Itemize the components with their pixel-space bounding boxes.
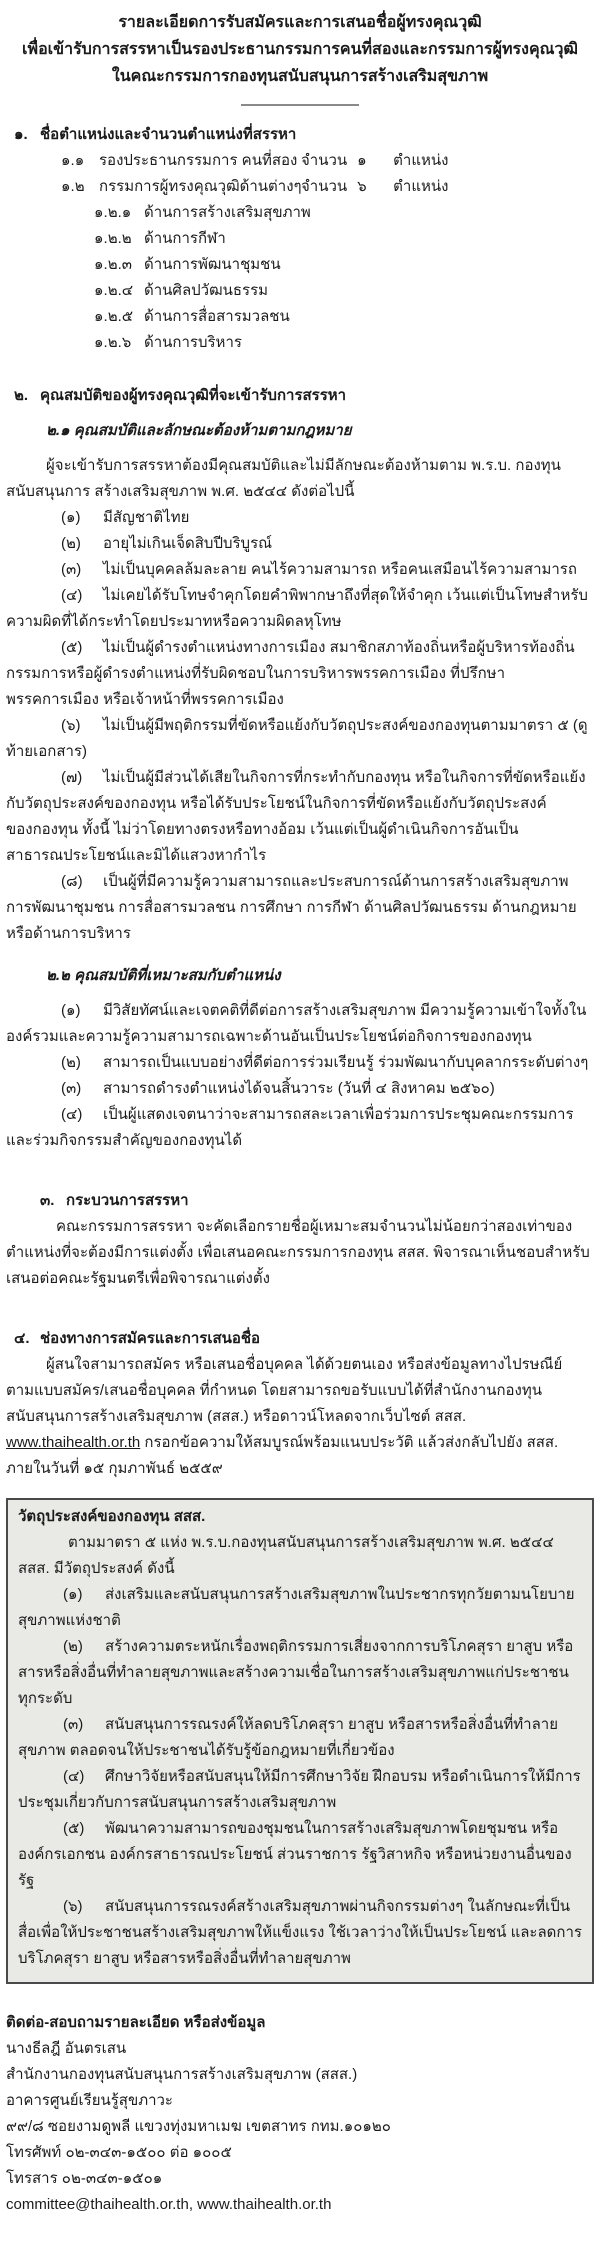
item-number: (๑) (63, 1582, 105, 1608)
section-1-heading: ๑. ชื่อตำแหน่งและจำนวนตำแหน่งที่สรรหา (6, 122, 594, 148)
field-row: ๑.๒.๔ด้านศิลปวัฒนธรรม (6, 278, 594, 304)
list-item: (๒)สามารถเป็นแบบอย่างที่ดีต่อการร่วมเรีย… (6, 1050, 594, 1076)
section-3-heading: ๓. กระบวนการสรรหา (6, 1188, 594, 1214)
title-line-2: เพื่อเข้ารับการสรรหาเป็นรองประธานกรรมการ… (6, 36, 594, 63)
item-number: (๗) (61, 765, 103, 791)
position-row: ๑.๒กรรมการผู้ทรงคุณวุฒิด้านต่างๆ จำนวน๖ต… (6, 174, 594, 200)
section-title: ชื่อตำแหน่งและจำนวนตำแหน่งที่สรรหา (40, 122, 296, 148)
item-text: อายุไม่เกินเจ็ดสิบปีบริบูรณ์ (103, 535, 272, 552)
section-3-body: คณะกรรมการสรรหา จะคัดเลือกรายชื่อผู้เหมา… (6, 1214, 594, 1292)
contact-address: ๙๙/๘ ซอยงามดูพลี แขวงทุ่งมหาเมฆ เขตสาทร … (6, 2114, 594, 2140)
objectives-intro: ตามมาตรา ๕ แห่ง พ.ร.บ.กองทุนสนับสนุนการส… (18, 1530, 582, 1582)
contact-person: นางธีลฎี อันตรเสน (6, 2036, 594, 2062)
field-row: ๑.๒.๑ด้านการสร้างเสริมสุขภาพ (6, 200, 594, 226)
website-link[interactable]: www.thaihealth.or.th (6, 1434, 140, 1451)
position-quantity: จำนวน๑ตำแหน่ง (301, 148, 448, 174)
item-number: (๒) (61, 531, 103, 557)
field-name: ด้านการกีฬา (144, 230, 226, 247)
list-item: (๘)เป็นผู้ที่มีความรู้ความสามารถและประสบ… (6, 869, 594, 947)
item-number: (๔) (61, 583, 103, 609)
item-text: มีสัญชาติไทย (103, 509, 189, 526)
fund-objectives-box: วัตถุประสงค์ของกองทุน สสส. ตามมาตรา ๕ แห… (6, 1498, 594, 1984)
item-number: ๑.๒.๖ (94, 330, 144, 356)
title-line-1: รายละเอียดการรับสมัครและการเสนอชื่อผู้ทร… (6, 9, 594, 36)
position-name: กรรมการผู้ทรงคุณวุฒิด้านต่างๆ (99, 178, 302, 195)
position-row: ๑.๑รองประธานกรรมการ คนที่สอง จำนวน๑ตำแหน… (6, 148, 594, 174)
section-number: ๒. (6, 383, 40, 409)
contact-website: www.thaihealth.or.th (197, 2196, 331, 2213)
document-title: รายละเอียดการรับสมัครและการเสนอชื่อผู้ทร… (6, 9, 594, 90)
contact-heading: ติดต่อ-สอบถามรายละเอียด หรือส่งข้อมูล (6, 2010, 594, 2036)
item-number: ๑.๒ (61, 174, 99, 200)
item-number: (๕) (63, 1816, 105, 1842)
item-number: ๑.๒.๑ (94, 200, 144, 226)
item-text: สามารถดำรงตำแหน่งได้จนสิ้นวาระ (วันที่ ๔… (103, 1080, 495, 1097)
subsection-2-2-heading: ๒.๒ คุณสมบัติที่เหมาะสมกับตำแหน่ง (6, 963, 594, 989)
list-item: (๑)มีสัญชาติไทย (6, 505, 594, 531)
section-number: ๓. (6, 1188, 66, 1214)
item-text: สามารถเป็นแบบอย่างที่ดีต่อการร่วมเรียนรู… (103, 1054, 588, 1071)
list-item: (๔)เป็นผู้แสดงเจตนาว่าจะสามารถสละเวลาเพื… (6, 1102, 594, 1154)
item-number: ๑.๑ (61, 148, 99, 174)
contact-fax: โทรสาร ๐๒-๓๔๓-๑๕๐๑ (6, 2166, 594, 2192)
field-name: ด้านการสร้างเสริมสุขภาพ (144, 204, 311, 221)
item-number: (๑) (61, 998, 103, 1024)
item-number: (๖) (63, 1894, 105, 1920)
field-name: ด้านการสื่อสารมวลชน (144, 308, 290, 325)
item-number: (๑) (61, 505, 103, 531)
subsection-2-1-intro: ผู้จะเข้ารับการสรรหาต้องมีคุณสมบัติและไม… (6, 453, 594, 505)
section-number: ๑. (6, 122, 40, 148)
contact-building: อาคารศูนย์เรียนรู้สุขภาวะ (6, 2088, 594, 2114)
position-quantity: จำนวน๖ตำแหน่ง (301, 174, 448, 200)
item-text: ไม่เป็นบุคคลล้มละลาย คนไร้ความสามารถ หรื… (103, 561, 577, 578)
item-number: ๑.๒.๓ (94, 252, 144, 278)
list-item: (๓)ไม่เป็นบุคคลล้มละลาย คนไร้ความสามารถ … (6, 557, 594, 583)
contact-section: ติดต่อ-สอบถามรายละเอียด หรือส่งข้อมูล นา… (6, 2010, 594, 2218)
document-page: รายละเอียดการรับสมัครและการเสนอชื่อผู้ทร… (0, 0, 600, 2242)
item-number: ๑.๒.๕ (94, 304, 144, 330)
item-number: ๑.๒.๒ (94, 226, 144, 252)
list-item: (๔)ไม่เคยได้รับโทษจำคุกโดยคำพิพากษาถึงที… (6, 583, 594, 635)
item-number: (๖) (61, 713, 103, 739)
objectives-box-heading: วัตถุประสงค์ของกองทุน สสส. (18, 1504, 582, 1530)
contact-email: committee@thaihealth.or.th (6, 2196, 189, 2213)
section-title: คุณสมบัติของผู้ทรงคุณวุฒิที่จะเข้ารับการ… (40, 383, 346, 409)
subsection-2-1-heading: ๒.๑ คุณสมบัติและลักษณะต้องห้ามตามกฎหมาย (6, 418, 594, 444)
list-item: (๒)อายุไม่เกินเจ็ดสิบปีบริบูรณ์ (6, 531, 594, 557)
list-item: (๑)ส่งเสริมและสนับสนุนการสร้างเสริมสุขภา… (18, 1582, 582, 1634)
section-title: ช่องทางการสมัครและการเสนอชื่อ (40, 1326, 260, 1352)
item-number: (๘) (61, 869, 103, 895)
item-number: (๔) (61, 1102, 103, 1128)
list-item: (๑)มีวิสัยทัศน์และเจตคติที่ดีต่อการสร้าง… (6, 998, 594, 1050)
section-title: กระบวนการสรรหา (66, 1188, 189, 1214)
list-item: (๖)ไม่เป็นผู้มีพฤติกรรมที่ขัดหรือแย้งกับ… (6, 713, 594, 765)
position-name: รองประธานกรรมการ คนที่สอง (99, 152, 297, 169)
section-2-heading: ๒. คุณสมบัติของผู้ทรงคุณวุฒิที่จะเข้ารับ… (6, 383, 594, 409)
list-item: (๗)ไม่เป็นผู้มีส่วนได้เสียในกิจการที่กระ… (6, 765, 594, 869)
field-name: ด้านการบริหาร (144, 334, 242, 351)
title-line-3: ในคณะกรรมการกองทุนสนับสนุนการสร้างเสริมส… (6, 63, 594, 90)
field-name: ด้านศิลปวัฒนธรรม (144, 282, 268, 299)
item-number: (๒) (61, 1050, 103, 1076)
list-item: (๓)สามารถดำรงตำแหน่งได้จนสิ้นวาระ (วันที… (6, 1076, 594, 1102)
section-4-body: ผู้สนใจสามารถสมัคร หรือเสนอชื่อบุคคล ได้… (6, 1352, 594, 1482)
list-item: (๕)ไม่เป็นผู้ดำรงตำแหน่งทางการเมือง สมาช… (6, 635, 594, 713)
list-item: (๓)สนับสนุนการรณรงค์ให้ลดบริโภคสุรา ยาสู… (18, 1712, 582, 1764)
item-number: (๕) (61, 635, 103, 661)
field-name: ด้านการพัฒนาชุมชน (144, 256, 281, 273)
section-4-heading: ๔. ช่องทางการสมัครและการเสนอชื่อ (6, 1326, 594, 1352)
field-row: ๑.๒.๒ด้านการกีฬา (6, 226, 594, 252)
field-row: ๑.๒.๖ด้านการบริหาร (6, 330, 594, 356)
item-number: (๓) (63, 1712, 105, 1738)
section-number: ๔. (6, 1326, 40, 1352)
list-item: (๕)พัฒนาความสามารถของชุมชนในการสร้างเสริ… (18, 1816, 582, 1894)
contact-online: committee@thaihealth.or.th, www.thaiheal… (6, 2192, 594, 2218)
field-row: ๑.๒.๓ด้านการพัฒนาชุมชน (6, 252, 594, 278)
contact-phone: โทรศัพท์ ๐๒-๓๔๓-๑๕๐๐ ต่อ ๑๐๐๕ (6, 2140, 594, 2166)
item-number: (๔) (63, 1764, 105, 1790)
field-row: ๑.๒.๕ด้านการสื่อสารมวลชน (6, 304, 594, 330)
list-item: (๒)สร้างความตระหนักเรื่องพฤติกรรมการเสี่… (18, 1634, 582, 1712)
item-number: (๒) (63, 1634, 105, 1660)
list-item: (๖)สนับสนุนการรณรงค์สร้างเสริมสุขภาพผ่าน… (18, 1894, 582, 1972)
list-item: (๔)ศึกษาวิจัยหรือสนับสนุนให้มีการศึกษาวิ… (18, 1764, 582, 1816)
contact-organization: สำนักงานกองทุนสนับสนุนการสร้างเสริมสุขภา… (6, 2062, 594, 2088)
item-number: (๓) (61, 1076, 103, 1102)
item-number: ๑.๒.๔ (94, 278, 144, 304)
item-number: (๓) (61, 557, 103, 583)
